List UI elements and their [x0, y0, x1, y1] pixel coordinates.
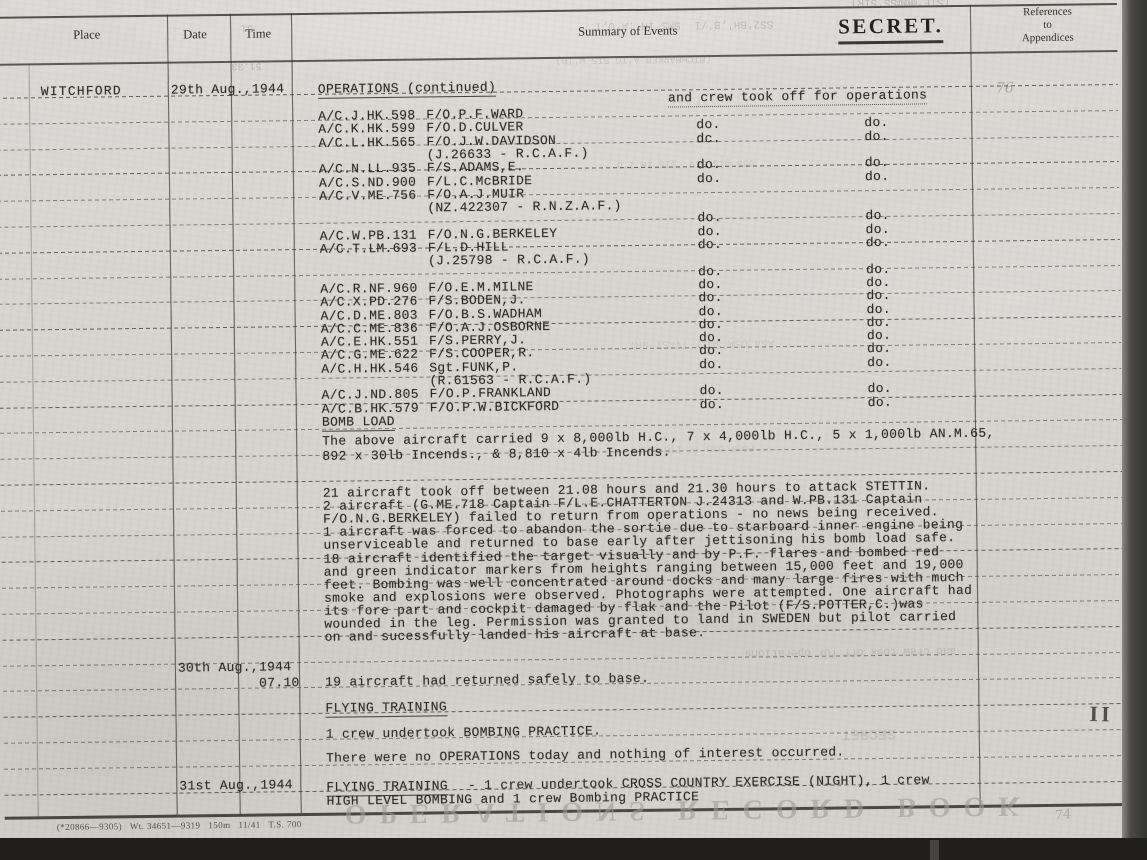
- scan-edge-bottom: [0, 838, 1147, 860]
- pilot-name: F/O.P.W.BICKFORD: [430, 398, 560, 415]
- date-entry-31aug: 31st Aug.,1944: [179, 778, 293, 793]
- high-level-bombing-line: HIGH LEVEL BOMBING and 1 crew Bombing PR…: [326, 790, 699, 809]
- no-operations-line: There were no OPERATIONS today and nothi…: [326, 745, 845, 765]
- date-entry-30aug: 30th Aug.,1944: [178, 660, 292, 675]
- flying-training-heading: FLYING TRAINING: [325, 700, 447, 717]
- date-entry-29aug: 29th Aug.,1944: [171, 82, 285, 97]
- pencil-annotation-bottom: 74: [1054, 807, 1072, 824]
- column-header-date: Date: [183, 27, 207, 42]
- time-summary-divider: [291, 13, 302, 813]
- column-header-references: References to Appendices: [995, 5, 1100, 45]
- place-entry: WITCHFORD: [41, 84, 122, 99]
- secret-classification-stamp: SECRET.: [838, 13, 944, 44]
- ink-stamp-II: II: [1089, 701, 1113, 728]
- ditto-mark: do.: [700, 396, 724, 411]
- references-line: References: [995, 5, 1100, 19]
- returned-safely-line: 19 aircraft had returned safely to base.: [325, 672, 649, 690]
- column-header-place: Place: [73, 27, 100, 42]
- left-margin-rule: [29, 63, 39, 816]
- pencil-annotation-top: 76: [996, 80, 1014, 96]
- references-line: Appendices: [995, 31, 1100, 45]
- scan-edge-right: [1122, 0, 1147, 860]
- document-scan: Place Date Time Summary of Events SECRET…: [0, 0, 1147, 860]
- column-header-summary: Summary of Events: [578, 23, 677, 39]
- form-content: Place Date Time Summary of Events SECRET…: [0, 0, 1147, 860]
- date-time-divider: [230, 14, 241, 814]
- bomb-load-line: 892 x 30lb Incends., & 8,810 x 4lb Incen…: [322, 446, 671, 464]
- bleed-through-text: (MICHMARKER A'IG SIS W'IB): [555, 52, 711, 65]
- scan-edge-seam: [930, 840, 939, 860]
- bomb-load-heading: BOMB LOAD: [322, 415, 395, 432]
- ditto-mark: do.: [868, 394, 892, 409]
- ruled-lines: [0, 0, 1142, 1]
- place-date-divider: [167, 15, 178, 815]
- bombing-practice-line: 1 crew undertook BOMBING PRACTICE.: [326, 724, 602, 741]
- bleed-through-fragments: SS2'BH',B'/I 5MS'IH':A'O,I(SIE'@@@SS'SIR…: [0, 0, 1142, 1]
- narrative-line: on and sucessfully landed his aircraft a…: [324, 626, 705, 645]
- operations-heading: OPERATIONS (continued): [318, 81, 496, 99]
- references-line: to: [995, 18, 1100, 32]
- summary-column: OPERATIONS (continued) and crew took off…: [318, 75, 987, 823]
- form-printer-imprint: (*20866—9305) Wt. 34651—9319 150m 11/41 …: [57, 819, 302, 832]
- column-header-time: Time: [245, 26, 271, 41]
- time-entry-0710: 07.10: [259, 676, 300, 690]
